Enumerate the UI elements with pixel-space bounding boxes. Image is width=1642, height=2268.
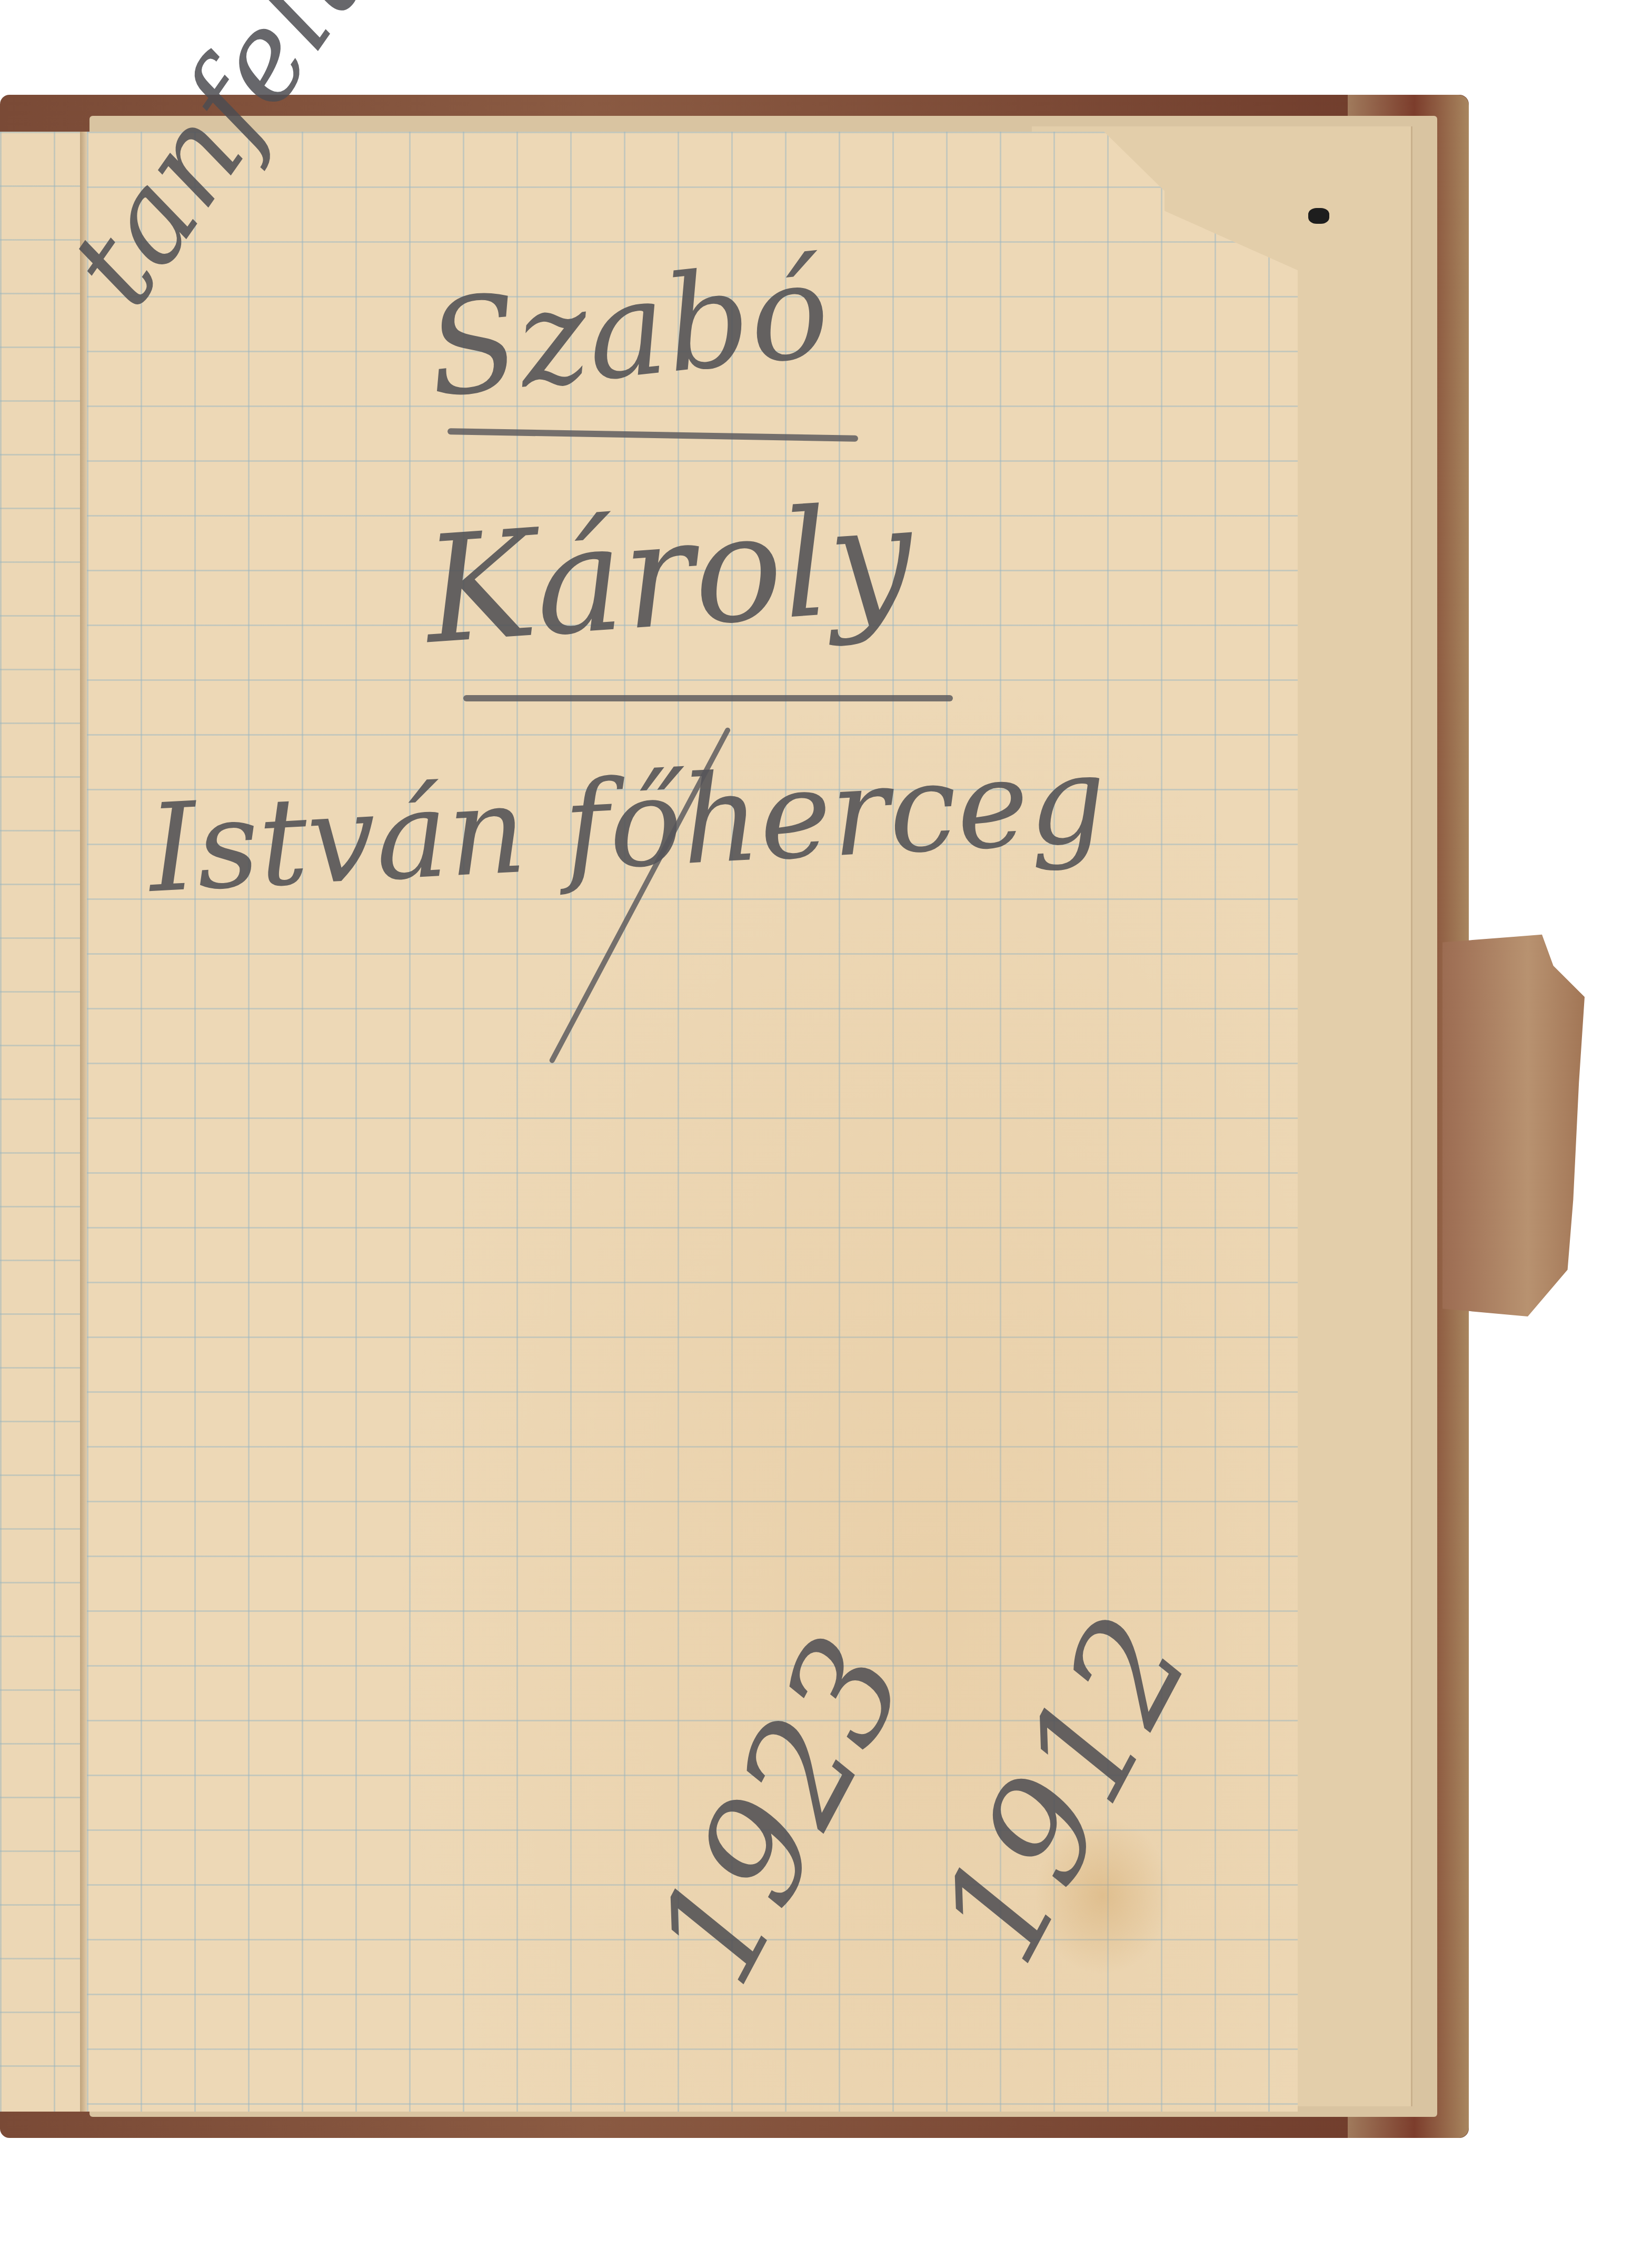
page-gutter <box>80 132 87 2112</box>
torn-cover-tab <box>1442 927 1585 1316</box>
handwritten-given-name: Károly <box>420 472 918 677</box>
left-page <box>0 132 84 2112</box>
metal-clasp-icon <box>1308 208 1329 224</box>
underline <box>463 695 953 701</box>
